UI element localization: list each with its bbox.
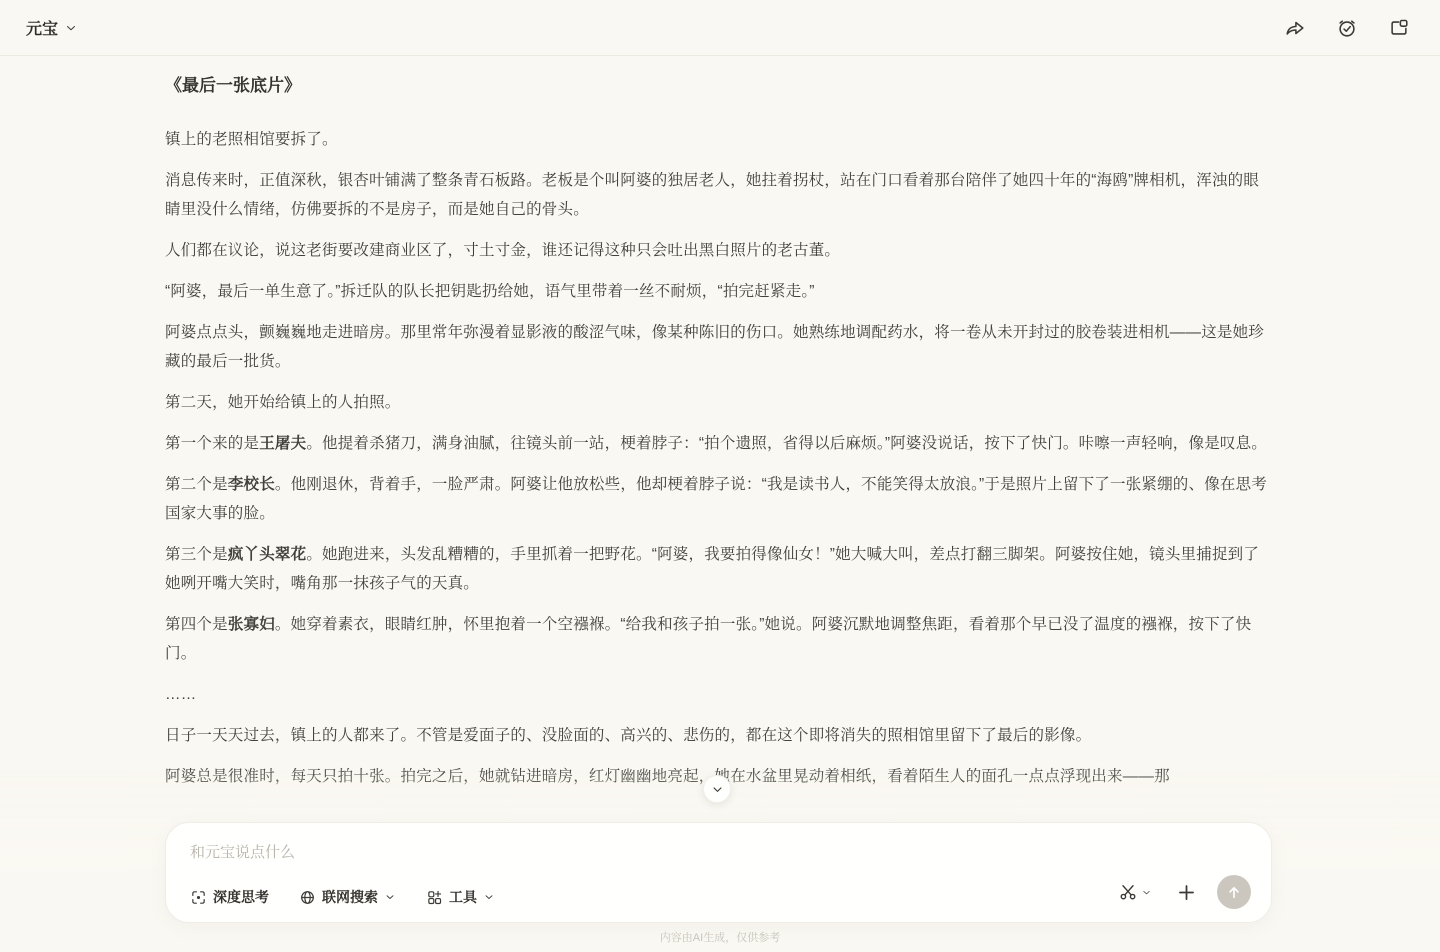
story-paragraph: 镇上的老照相馆要拆了。 <box>165 125 1267 154</box>
story-paragraph: 消息传来时，正值深秋，银杏叶铺满了整条青石板路。老板是个叫阿婆的独居老人，她拄着… <box>165 166 1267 224</box>
composer-right-actions <box>1114 875 1251 909</box>
story-title: 《最后一张底片》 <box>165 74 1267 98</box>
deep-think-button[interactable]: 深度思考 <box>190 887 269 907</box>
ai-disclaimer: 内容由AI生成，仅供参考 <box>0 929 1440 945</box>
composer-toolbar: 深度思考 联网搜索 <box>190 887 495 907</box>
clock-check-icon <box>1336 17 1358 39</box>
story-paragraph: 日子一天天过去，镇上的人都来了。不管是爱面子的、没脸面的、高兴的、悲伤的，都在这… <box>165 721 1267 750</box>
top-bar: 元宝 <box>0 0 1440 56</box>
chat-message-content: 《最后一张底片》 镇上的老照相馆要拆了。消息传来时，正值深秋，银杏叶铺满了整条青… <box>165 56 1267 803</box>
scissors-icon <box>1118 882 1138 902</box>
app-menu[interactable]: 元宝 <box>26 16 78 39</box>
story-paragraph: 阿婆点点头，颤巍巍地走进暗房。那里常年弥漫着显影液的酸涩气味，像某种陈旧的伤口。… <box>165 318 1267 376</box>
sidebar-toggle-button[interactable] <box>1384 13 1414 43</box>
scroll-to-bottom-button[interactable] <box>703 775 731 803</box>
globe-icon <box>299 889 316 906</box>
story-paragraph: 人们都在议论，说这老街要改建商业区了，寸土寸金，谁还记得这种只会吐出黑白照片的老… <box>165 236 1267 265</box>
attach-button[interactable] <box>1172 878 1201 907</box>
web-search-button[interactable]: 联网搜索 <box>299 887 396 907</box>
story-paragraph: 第三个是疯丫头翠花。她跑进来，头发乱糟糟的，手里抓着一把野花。“阿婆，我要拍得像… <box>165 540 1267 598</box>
tools-grid-icon <box>426 889 443 906</box>
app-title: 元宝 <box>26 16 58 39</box>
story-body: 镇上的老照相馆要拆了。消息传来时，正值深秋，银杏叶铺满了整条青石板路。老板是个叫… <box>165 125 1267 791</box>
message-input[interactable]: 和元宝说点什么 <box>190 841 1247 862</box>
deep-think-label: 深度思考 <box>213 887 269 907</box>
story-paragraph: “阿婆，最后一单生意了。”拆迁队的队长把钥匙扔给她，语气里带着一丝不耐烦，“拍完… <box>165 277 1267 306</box>
story-paragraph: 第一个来的是王屠夫。他提着杀猪刀，满身油腻，往镜头前一站，梗着脖子：“拍个遗照，… <box>165 429 1267 458</box>
chevron-down-icon <box>384 891 396 903</box>
chevron-down-icon <box>64 21 78 35</box>
send-button[interactable] <box>1217 875 1251 909</box>
story-paragraph: 第四个是张寡妇。她穿着素衣，眼睛红肿，怀里抱着一个空襁褓。“给我和孩子拍一张。”… <box>165 610 1267 668</box>
header-actions <box>1280 13 1414 43</box>
story-paragraph: 第二天，她开始给镇上的人拍照。 <box>165 388 1267 417</box>
story-paragraph: …… <box>165 680 1267 709</box>
chevron-down-icon <box>710 782 725 797</box>
story-paragraph: 第二个是李校长。他刚退休，背着手，一脸严肃。阿婆让他放松些，他却梗着脖子说：“我… <box>165 470 1267 528</box>
panel-icon <box>1388 17 1410 39</box>
composer: 和元宝说点什么 深度思考 联网搜 <box>165 822 1272 923</box>
send-arrow-icon <box>1225 883 1243 901</box>
screenshot-button[interactable] <box>1114 878 1156 906</box>
plus-icon <box>1176 882 1197 903</box>
chevron-down-icon <box>1141 887 1152 898</box>
history-button[interactable] <box>1332 13 1362 43</box>
share-button[interactable] <box>1280 13 1310 43</box>
tools-label: 工具 <box>449 887 477 907</box>
tools-button[interactable]: 工具 <box>426 887 495 907</box>
deep-think-icon <box>190 889 207 906</box>
share-icon <box>1284 17 1306 39</box>
chevron-down-icon <box>483 891 495 903</box>
web-search-label: 联网搜索 <box>322 887 378 907</box>
